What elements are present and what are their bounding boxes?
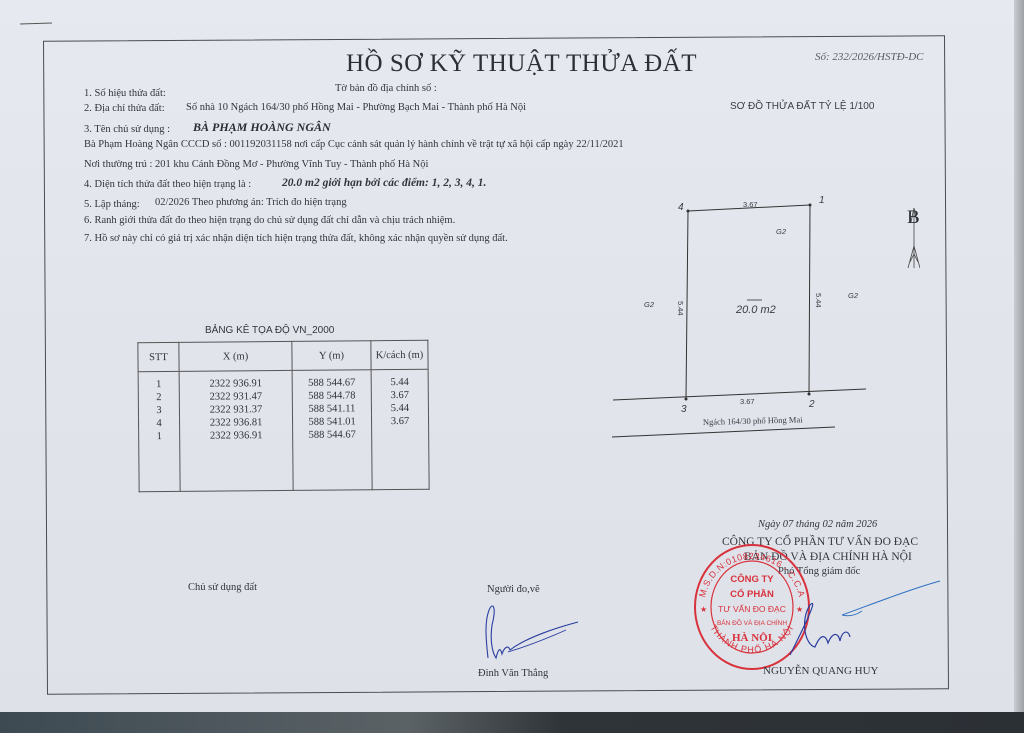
row-y: 588 544.67	[292, 370, 371, 390]
background-edge	[1014, 0, 1024, 733]
surveyor-signature-label: Người đo,vẽ	[487, 584, 540, 595]
edge-top-length: 3.67	[743, 200, 758, 209]
svg-text:HÀ NỘI: HÀ NỘI	[732, 631, 772, 644]
row-x: 2322 936.91	[179, 370, 292, 390]
residence-line: Nơi thường trú : 201 khu Cánh Đồng Mơ - …	[84, 159, 428, 170]
header-x: X (m)	[179, 341, 292, 371]
svg-text:TƯ VẤN ĐO ĐẠC: TƯ VẤN ĐO ĐẠC	[718, 604, 786, 614]
coord-table: STT X (m) Y (m) K/cách (m) 12322 936.915…	[137, 340, 429, 493]
point-2-label: 2	[808, 399, 815, 410]
parcel-id-label: 1. Số hiệu thửa đất:	[84, 88, 166, 99]
row-distance: 5.44	[371, 369, 428, 389]
row-y: 588 544.67	[293, 428, 372, 442]
svg-text:CÔNG TY: CÔNG TY	[730, 573, 774, 585]
owner-signature-label: Chủ sử dụng đất	[188, 582, 257, 593]
row-distance: 3.67	[371, 389, 428, 402]
row-distance	[372, 428, 429, 441]
header-y: Y (m)	[292, 341, 371, 371]
row-y: 588 544.78	[292, 389, 371, 403]
road	[612, 389, 866, 437]
coord-table-title: BẢNG KÊ TỌA ĐỘ VN_2000	[205, 325, 334, 336]
edge-bottom-length: 3.67	[740, 397, 755, 406]
row-distance: 3.67	[371, 415, 428, 428]
table-row: 12322 936.91588 544.675.44	[138, 369, 428, 391]
north-label: B	[907, 207, 920, 228]
svg-text:★: ★	[700, 605, 707, 614]
edge-left-length: 5.44	[676, 301, 685, 316]
made-value: 02/2026 Theo phương án: Trích đo hiện tr…	[155, 197, 347, 208]
area-label: 4. Diện tích thửa đất theo hiện trạng là…	[84, 179, 251, 190]
map-sheet-label: Tờ bản đồ địa chính số :	[335, 83, 437, 94]
sign-date: Ngày 07 tháng 02 năm 2026	[758, 519, 877, 530]
edge-right-length: 5.44	[814, 293, 823, 308]
neighbor-east: G2	[848, 291, 859, 300]
point-1-label: 1	[819, 195, 825, 206]
surveyor-name: Đinh Văn Thắng	[478, 668, 548, 679]
row-distance: 5.44	[371, 402, 428, 415]
note-7: 7. Hồ sơ này chỉ có giá trị xác nhận diệ…	[84, 233, 508, 244]
note-6: 6. Ranh giới thửa đất đo theo hiện trạng…	[84, 215, 455, 226]
row-stt: 4	[139, 417, 180, 430]
owner-label: 3. Tên chủ sử dụng :	[84, 124, 170, 135]
row-stt: 1	[139, 430, 180, 443]
svg-text:BẢN ĐỒ VÀ ĐỊA CHÍNH: BẢN ĐỒ VÀ ĐỊA CHÍNH	[717, 617, 787, 627]
row-stt: 1	[138, 371, 179, 391]
id-line: Bà Phạm Hoàng Ngân CCCD số : 00119203115…	[84, 139, 624, 150]
point-3-label: 3	[681, 404, 687, 415]
background-surface	[0, 712, 1024, 733]
surveyor-signature	[478, 600, 588, 665]
header-distance: K/cách (m)	[371, 340, 428, 369]
document-number: Số: 232/2026/HSTĐ-DC	[815, 51, 923, 63]
director-name: NGUYỄN QUANG HUY	[763, 665, 879, 677]
row-y: 588 541.11	[292, 402, 371, 416]
row-stt: 2	[138, 391, 179, 404]
row-x: 2322 936.81	[180, 416, 293, 430]
table-filler-row	[139, 441, 429, 492]
neighbor-north: G2	[776, 227, 787, 236]
row-x: 2322 931.37	[179, 403, 292, 417]
header-stt: STT	[138, 342, 179, 371]
made-label: 5. Lập tháng:	[84, 199, 140, 210]
point-4-label: 4	[678, 202, 684, 213]
director-signature	[780, 575, 950, 665]
address-label: 2. Địa chỉ thửa đất:	[84, 103, 165, 114]
owner-name: BÀ PHẠM HOÀNG NGÂN	[193, 120, 331, 135]
address-value: Số nhà 10 Ngách 164/30 phố Hồng Mai - Ph…	[186, 102, 526, 113]
road-label: Ngách 164/30 phố Hồng Mai	[703, 414, 803, 427]
row-x: 2322 936.91	[180, 429, 293, 443]
neighbor-west: G2	[644, 300, 655, 309]
document-title: HỒ SƠ KỸ THUẬT THỬA ĐẤT	[346, 50, 697, 78]
svg-text:CỔ PHẦN: CỔ PHẦN	[730, 588, 774, 600]
parcel-diagram: 4 1 3 2 3.67 3.67 5.44 5.44 20.0 m2 G2 G…	[600, 180, 920, 450]
diagram-title: SƠ ĐỒ THỬA ĐẤT TỶ LỆ 1/100	[730, 101, 874, 112]
parcel-area: 20.0 m2	[735, 304, 776, 316]
parcel-boundary	[685, 204, 812, 401]
row-x: 2322 931.47	[179, 390, 292, 404]
row-stt: 3	[138, 404, 179, 417]
area-value: 20.0 m2 giới hạn bởi các điểm: 1, 2, 3, …	[282, 177, 486, 189]
row-y: 588 541.01	[292, 415, 371, 429]
